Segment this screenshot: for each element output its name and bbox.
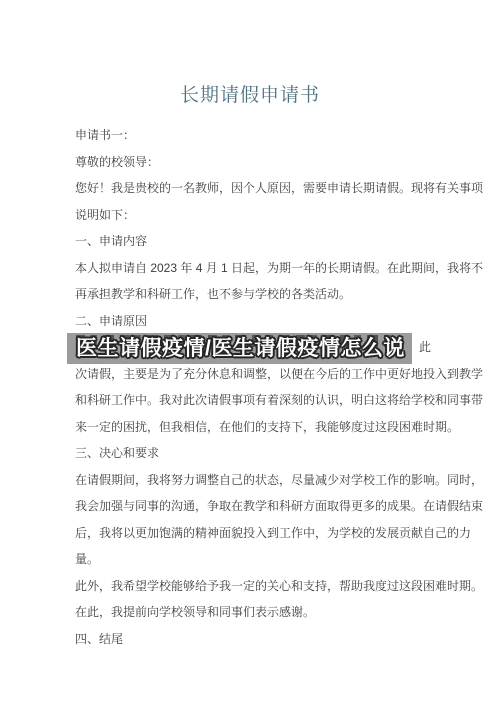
doc-line: 尊敬的校领导： (75, 149, 495, 176)
page-title: 长期请假申请书 (0, 86, 500, 105)
doc-line: 在此，我提前向学校领导和同事们表示感谢。 (75, 599, 495, 626)
doc-line: 此外，我希望学校能够给予我一定的关心和支持，帮助我度过这段困难时期。 (75, 573, 495, 600)
doc-line: 在请假期间，我将努力调整自己的状态，尽量减少对学校工作的影响。同时， (75, 467, 495, 494)
doc-line: 我会加强与同事的沟通，争取在教学和科研方面取得更多的成果。在请假结束 (75, 493, 495, 520)
doc-line: 后，我将以更加饱满的精神面貌投入到工作中，为学校的发展贡献自己的力 (75, 520, 495, 547)
doc-line: 来一定的困扰，但我相信，在他们的支持下，我能够度过这段困难时期。 (75, 414, 495, 441)
obscured-line-visible-tail: 此 (419, 334, 431, 361)
doc-line: 四、结尾 (75, 626, 495, 653)
watermark-text: 医生请假疫情/医生请假疫情怎么说 (67, 333, 412, 364)
document-page: 长期请假申请书 申请书一：尊敬的校领导：您好！我是贵校的一名教师，因个人原因，需… (0, 0, 500, 706)
doc-line: 本人拟申请自 2023 年 4 月 1 日起，为期一年的长期请假。在此期间，我将… (75, 255, 495, 282)
doc-line: 二、申请原因 (75, 308, 495, 335)
doc-line: 再承担教学和科研工作，也不参与学校的各类活动。 (75, 281, 495, 308)
doc-line: 和科研工作中。我对此次请假事项有着深刻的认识，明白这将给学校和同事带 (75, 387, 495, 414)
doc-line: 一、申请内容 (75, 228, 495, 255)
doc-line: 三、决心和要求 (75, 440, 495, 467)
doc-line: 说明如下： (75, 202, 495, 229)
watermark-banner: 医生请假疫情/医生请假疫情怎么说 (67, 333, 412, 364)
doc-line: 申请书一： (75, 122, 495, 149)
doc-line: 次请假，主要是为了充分休息和调整，以便在今后的工作中更好地投入到教学 (75, 361, 495, 388)
document-body: 申请书一：尊敬的校领导：您好！我是贵校的一名教师，因个人原因，需要申请长期请假。… (75, 122, 495, 652)
doc-line: 您好！我是贵校的一名教师，因个人原因，需要申请长期请假。现将有关事项 (75, 175, 495, 202)
doc-line: 量。 (75, 546, 495, 573)
